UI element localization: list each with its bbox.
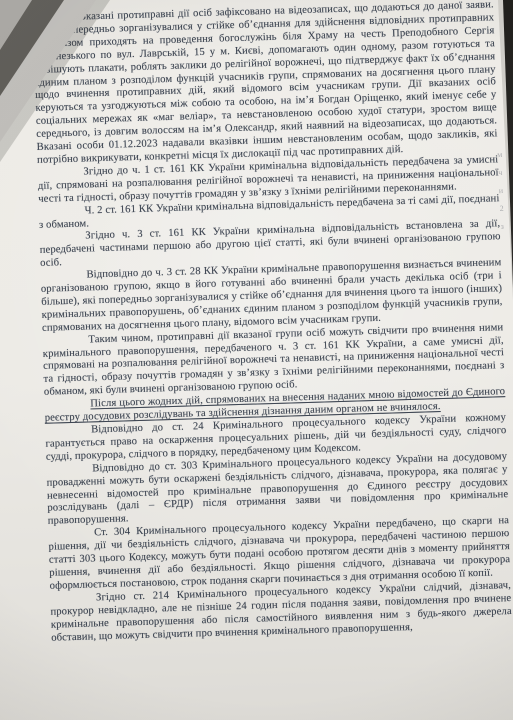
bleed-char: 2 [499, 200, 504, 218]
bleed-char: м [497, 146, 503, 164]
document-photo: Вказані протиправні дії осіб зафіксовано… [0, 0, 513, 720]
bleed-char: и [499, 182, 504, 200]
bleed-char: ч [498, 164, 503, 182]
bleed-char: з [500, 218, 504, 236]
document-body: Вказані протиправні дії осіб зафіксовано… [33, 0, 513, 645]
paragraph-facts-video-evidence: Вказані протиправні дії осіб зафіксовано… [33, 0, 498, 168]
